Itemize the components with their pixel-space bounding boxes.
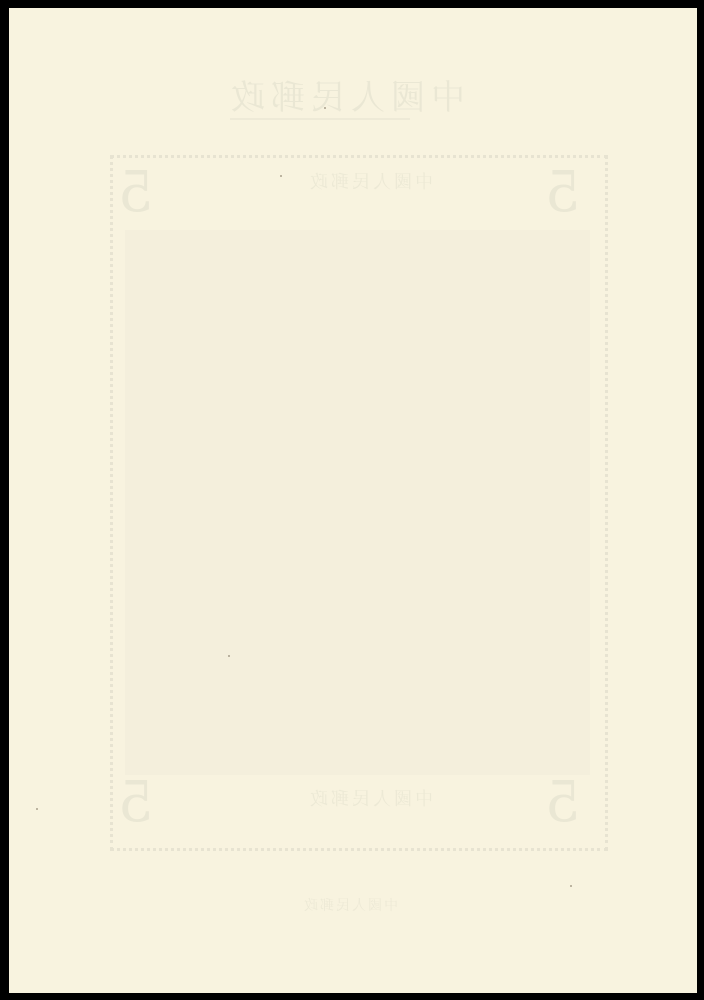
stamp-caption-top: 中國人民郵政	[180, 168, 560, 194]
paper-speck	[36, 808, 38, 810]
sheet-imprint: 中國人民郵政	[200, 895, 500, 915]
denomination-top-left: 5	[118, 160, 154, 225]
stamp-image-area	[125, 230, 590, 775]
denomination-bottom-left: 5	[118, 770, 154, 835]
paper-speck	[570, 885, 572, 887]
paper-speck	[324, 107, 326, 109]
sheet-title-bleedthrough: 中國人民郵政	[140, 70, 550, 119]
paper-speck	[280, 175, 282, 177]
subtitle-line-bleedthrough	[230, 118, 410, 134]
stamp-caption-bottom: 中國人民郵政	[180, 785, 560, 811]
paper-speck	[228, 655, 230, 657]
